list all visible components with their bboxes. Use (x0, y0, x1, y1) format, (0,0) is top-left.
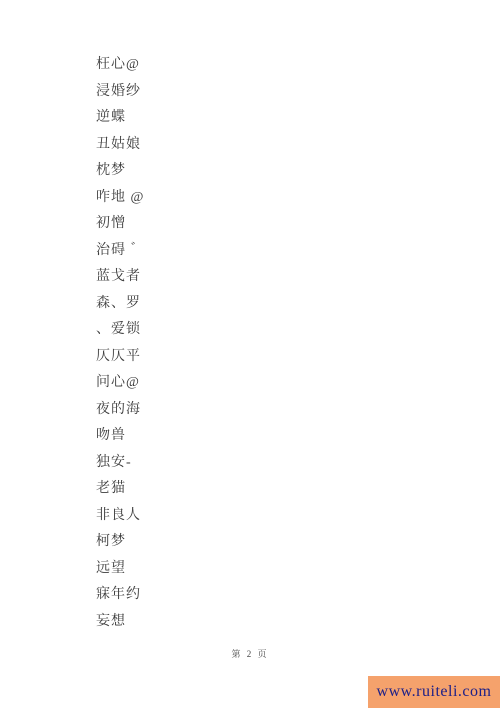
list-item: 、爱锁 (96, 317, 460, 344)
list-item: 问心@ (96, 370, 460, 397)
page-number: 第 2 页 (231, 649, 268, 659)
list-item: 老猫 (96, 476, 460, 503)
list-item: 蓝戈者 (96, 264, 460, 291)
list-item: 治碍 ゛ (96, 238, 460, 265)
list-item: 妄想 (96, 609, 460, 636)
document-page: 枉心@浸婚纱逆蝶丑姑娘枕梦咋地 @初憎治碍 ゛蓝戈者森、罗、爱锁仄仄平问心@夜的… (0, 0, 500, 708)
list-item: 独安- (96, 450, 460, 477)
list-item: 浸婚纱 (96, 79, 460, 106)
list-item: 咋地 @ (96, 185, 460, 212)
list-item: 枉心@ (96, 52, 460, 79)
list-item: 寐年约 (96, 582, 460, 609)
list-item: 森、罗 (96, 291, 460, 318)
list-item: 初憎 (96, 211, 460, 238)
name-list: 枉心@浸婚纱逆蝶丑姑娘枕梦咋地 @初憎治碍 ゛蓝戈者森、罗、爱锁仄仄平问心@夜的… (96, 52, 460, 635)
watermark-link[interactable]: www.ruiteli.com (368, 676, 500, 708)
list-item: 枕梦 (96, 158, 460, 185)
watermark-text: www.ruiteli.com (377, 683, 492, 701)
list-item: 仄仄平 (96, 344, 460, 371)
list-item: 柯梦 (96, 529, 460, 556)
list-item: 丑姑娘 (96, 132, 460, 159)
list-item: 逆蝶 (96, 105, 460, 132)
list-item: 吻兽 (96, 423, 460, 450)
list-item: 远望 (96, 556, 460, 583)
list-item: 非良人 (96, 503, 460, 530)
page-footer: 第 2 页 (0, 644, 500, 662)
list-item: 夜的海 (96, 397, 460, 424)
